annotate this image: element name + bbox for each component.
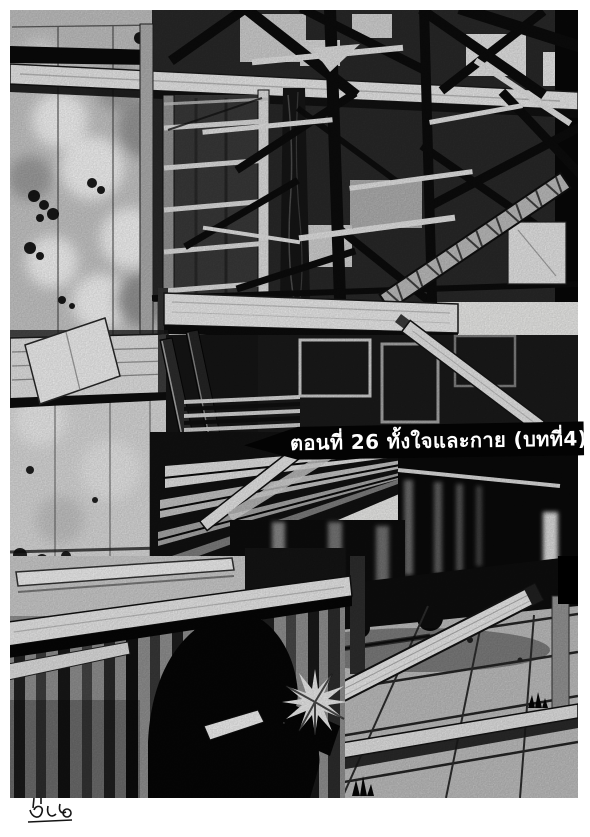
manga-page: ตอนที่ 26 ทั้งใจและกาย (บทที่4) (0, 0, 590, 837)
artist-scribble (28, 798, 72, 822)
print-grain-texture (10, 10, 578, 798)
chapter-title-text: ตอนที่ 26 ทั้งใจและกาย (บทที่4) (290, 421, 588, 460)
manga-artwork-illustration (0, 0, 590, 837)
